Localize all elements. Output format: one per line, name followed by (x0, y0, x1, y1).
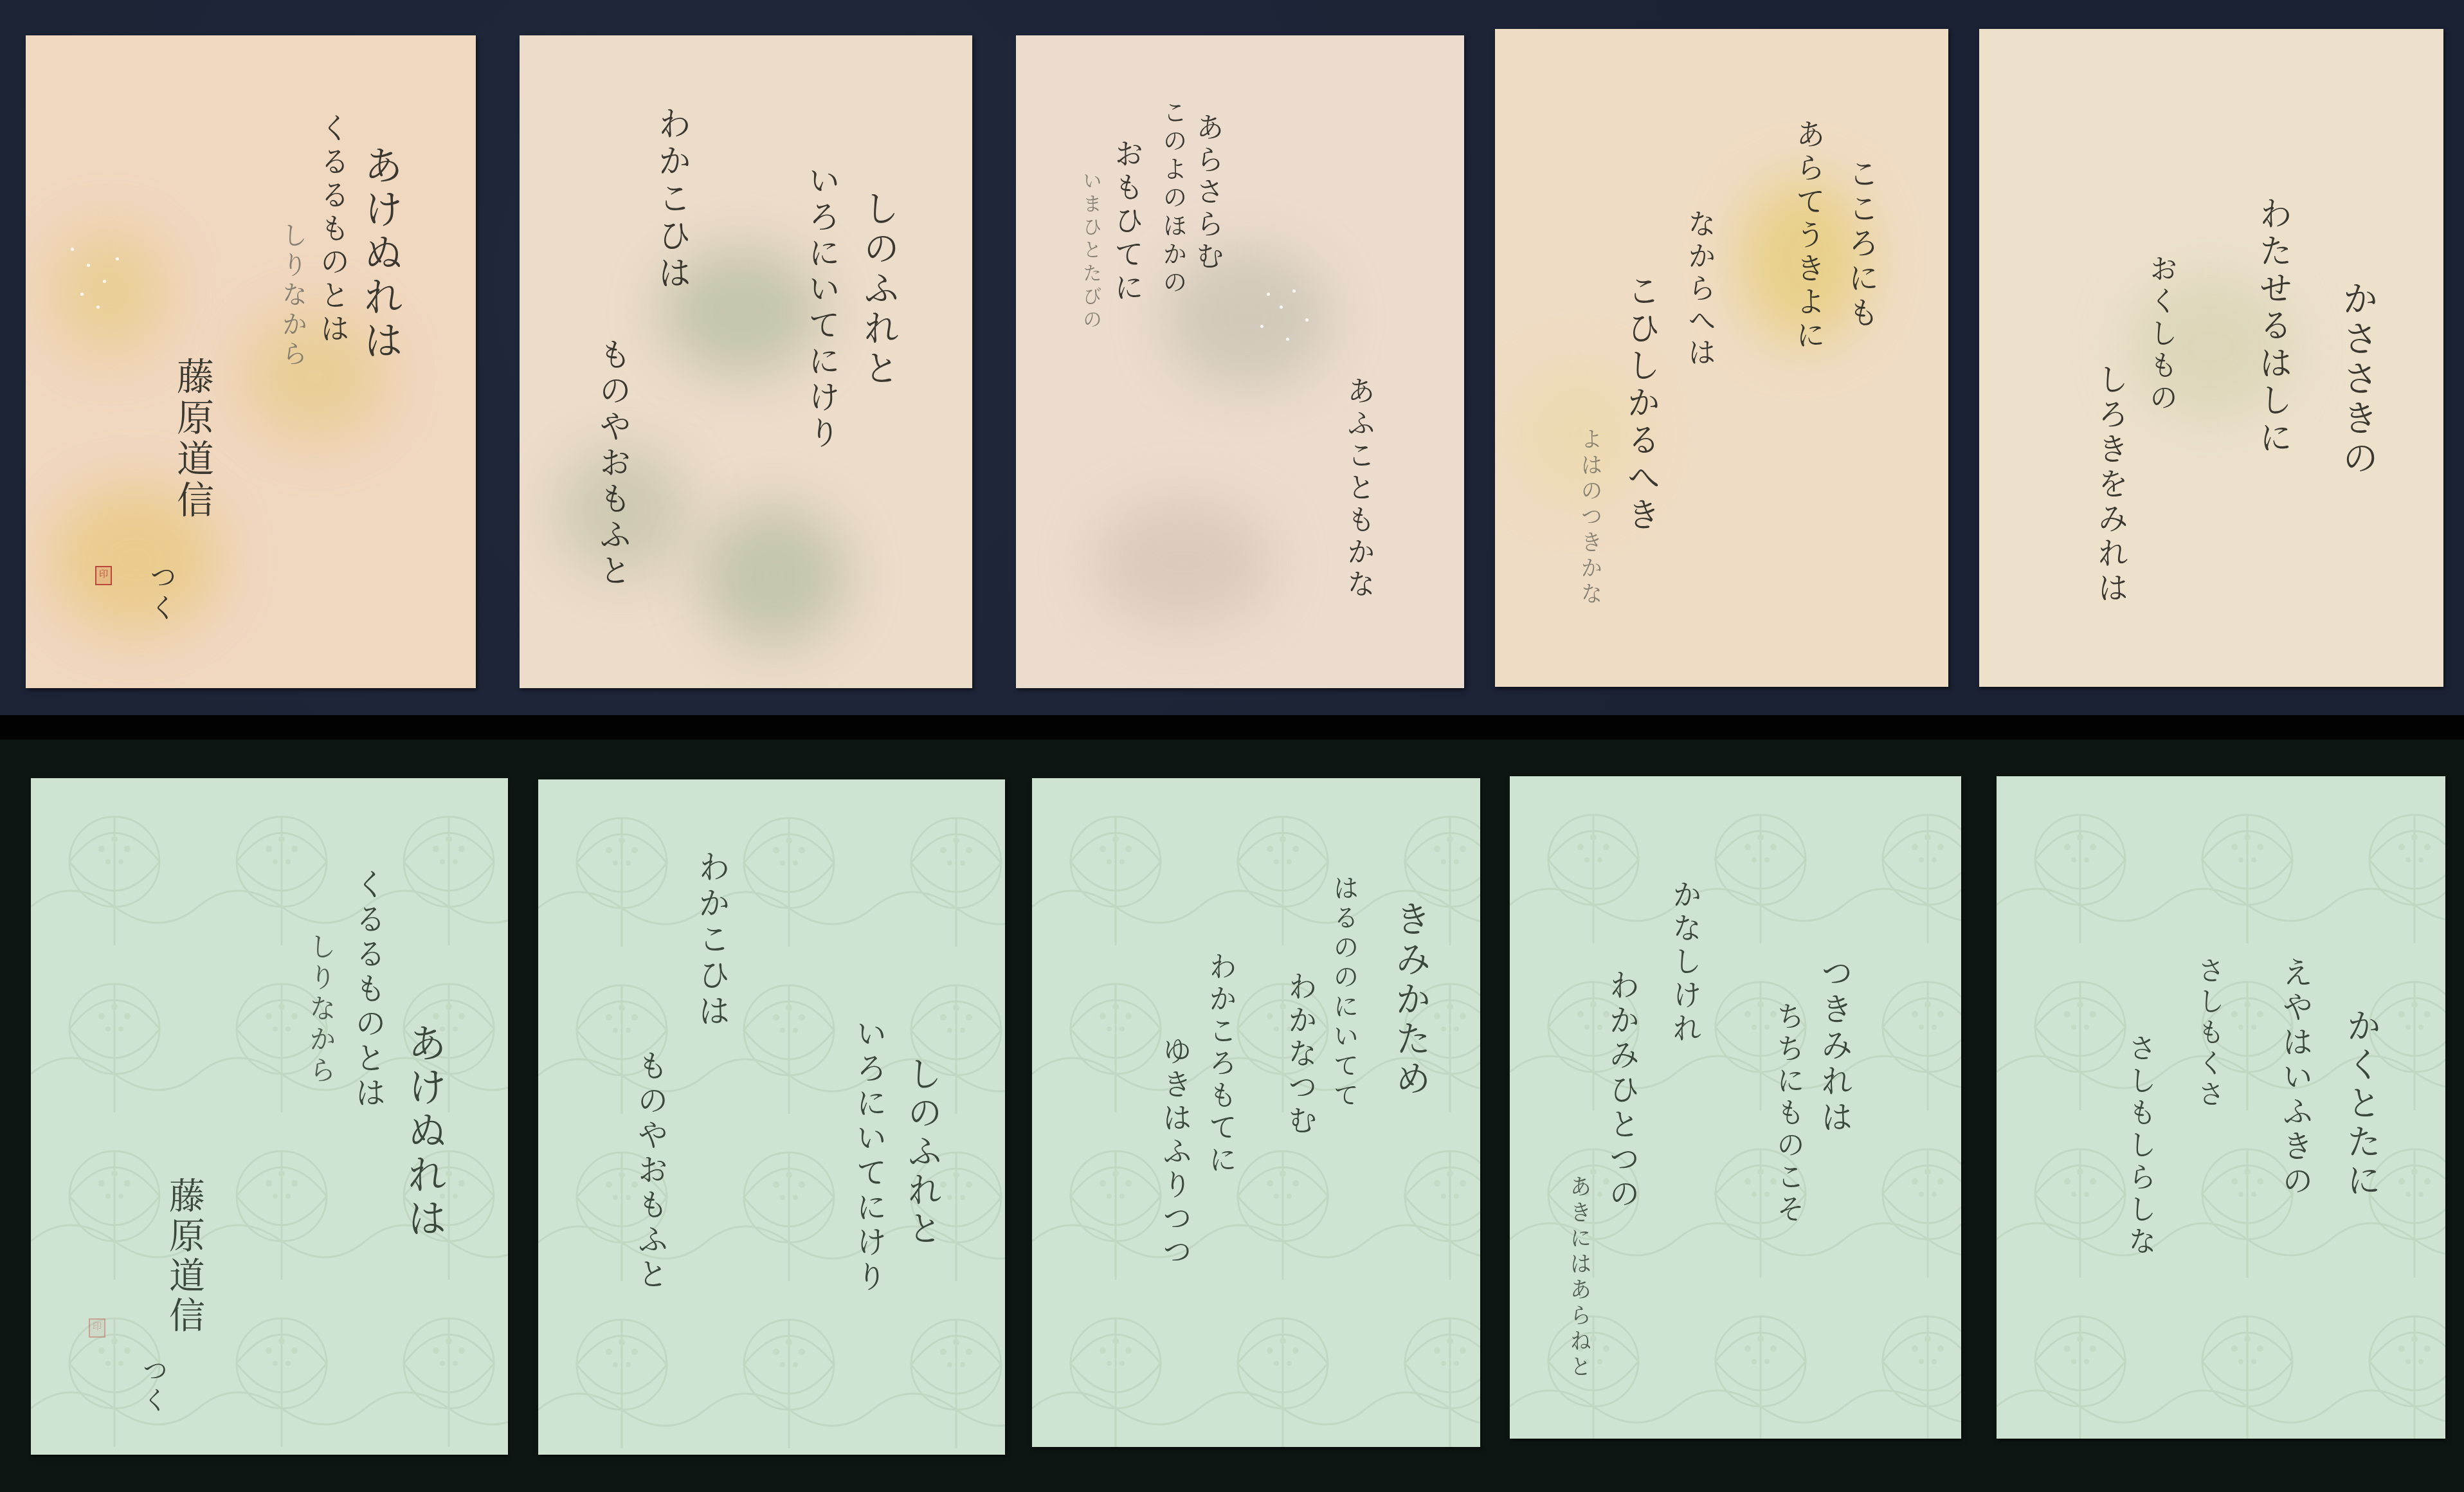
poem-line: あけぬれは (404, 1023, 444, 1241)
poem-line: わかこひは (655, 106, 688, 293)
seal-stamp: 印 (89, 1318, 105, 1338)
poem-line: わかみひとつの (1606, 969, 1637, 1212)
poem-line: くるるものとは (318, 113, 348, 347)
poem-line: しろきをみれは (2095, 363, 2126, 606)
signature: 藤原道信 (166, 1177, 202, 1336)
poem-line: わかころもてに (1206, 952, 1234, 1177)
calligraphy-card: あけぬれは くるるものとは しりなから 藤原道信 つく 印 (31, 778, 508, 1455)
calligraphy-card: しのふれと いろにいてにけり わかこひは ものやおもふと (520, 35, 972, 688)
poem-line: あらさらむ (1193, 113, 1221, 273)
poem-line: さしもしらしな (2125, 1033, 2153, 1259)
poem-line: おもひてに (1112, 138, 1142, 305)
poem-line: わたせるはしに (2256, 196, 2289, 457)
row-divider (0, 715, 2464, 740)
poem-line: いろにいてにけり (853, 1017, 884, 1295)
poem-line: つきみれは (1818, 956, 1851, 1136)
poem-line: こころにも (1845, 158, 1876, 331)
poem-line: かなしけれ (1671, 879, 1700, 1046)
poem-line: ちちにものこそ (1773, 1001, 1802, 1226)
poem-line: はるののにいてて (1331, 875, 1357, 1111)
poem-line: ゆきはふりつつ (1161, 1035, 1190, 1269)
poem-line: きみかため (1392, 900, 1428, 1100)
poem-line: おくしもの (2146, 254, 2175, 415)
poem-line: しのふれと (905, 1056, 939, 1249)
poem-line: このよのほかの (1161, 100, 1185, 298)
poem-line: しのふれと (860, 190, 896, 389)
poem-line: しりなから (307, 932, 334, 1087)
calligraphy-card: かささきの わたせるはしに おくしもの しろきをみれは (1979, 29, 2443, 687)
poem-line: あふこともかな (1344, 376, 1372, 601)
poem-line: なからへは (1685, 209, 1713, 370)
signature: つく (148, 563, 175, 624)
poem-line: しりなから (280, 222, 305, 370)
calligraphy-card: かくとたに えやはいふきの さしもくさ さしもしらしな (1997, 776, 2445, 1439)
signature: 藤原道信 (174, 357, 211, 522)
signature: つく (140, 1357, 166, 1416)
poem-line: あきにはあらねと (1568, 1175, 1590, 1381)
red-seal-stamp: 印 (95, 566, 112, 585)
poem-line: わかなつむ (1286, 971, 1316, 1138)
calligraphy-card: きみかため はるののにいてて わかなつむ わかころもてに ゆきはふりつつ (1032, 778, 1480, 1447)
poem-line: えやはいふきの (2279, 956, 2310, 1199)
poem-line: かささきの (2339, 280, 2375, 479)
calligraphy-card: しのふれと いろにいてにけり わかこひは ものやおもふと (538, 779, 1005, 1455)
poem-line: わかこひは (696, 850, 728, 1030)
poem-line: さしもくさ (2196, 956, 2223, 1111)
poem-line: いまひとたびの (1080, 170, 1100, 332)
poem-line: あけぬれは (360, 145, 400, 363)
calligraphy-card: あらさらむ このよのほかの おもひてに いまひとたびの あふこともかな (1016, 35, 1464, 688)
calligraphy-card: こころにも あらてうきよに なからへは こひしかるへき よはのつきかな (1495, 29, 1948, 687)
poem-line: ものやおもふと (635, 1050, 666, 1293)
calligraphy-card: あけぬれは くるるものとは しりなから 藤原道信 つく 印 (26, 35, 476, 688)
poem-line: こひしかるへき (1624, 273, 1657, 534)
poem-line: あらてうきよに (1794, 119, 1824, 353)
poem-line: かくとたに (2344, 1008, 2378, 1201)
poem-line: くるるものとは (352, 868, 383, 1111)
poem-line: よはのつきかな (1579, 428, 1600, 608)
poem-line: いろにいてにけり (806, 164, 838, 452)
calligraphy-card: つきみれは ちちにものこそ かなしけれ わかみひとつの あきにはあらねと (1510, 776, 1961, 1439)
poem-line: ものやおもふと (597, 338, 629, 590)
